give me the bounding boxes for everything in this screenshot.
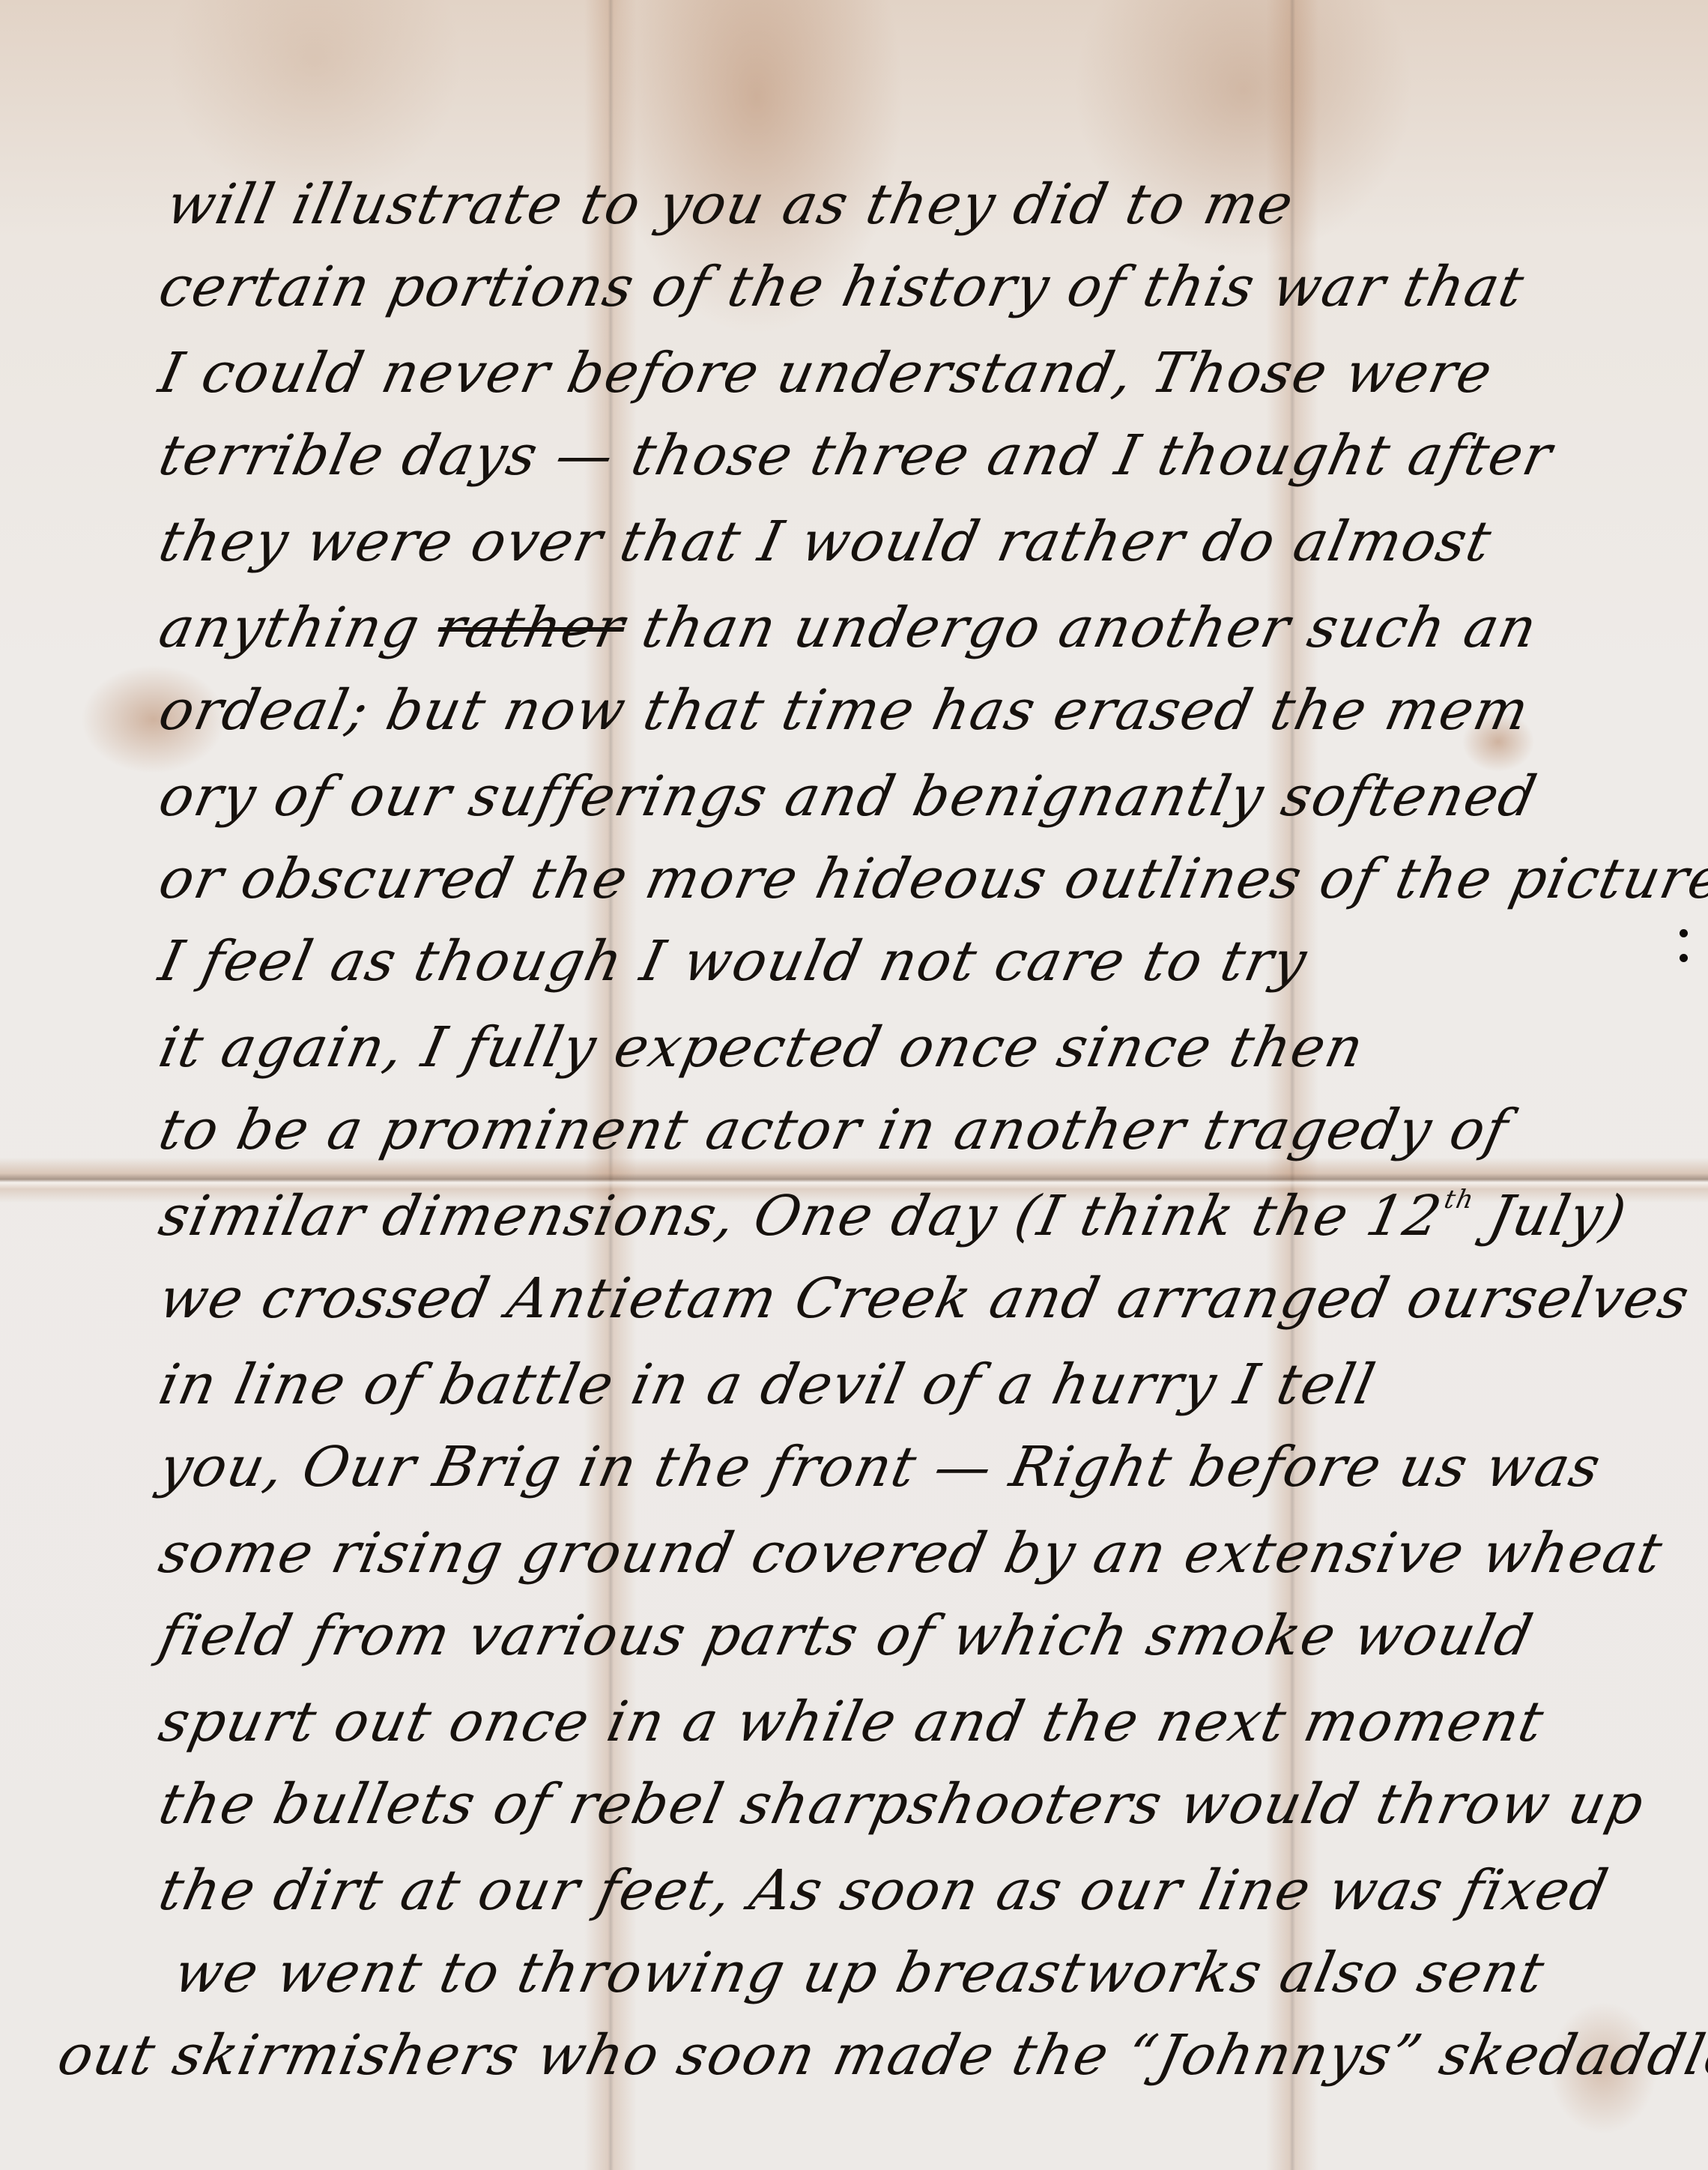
letter-line: some rising ground covered by an extensi…	[154, 1521, 1669, 1586]
letter-line: terrible days — those three and I though…	[154, 423, 1559, 488]
letter-line: ordeal; but now that time has erased the…	[154, 678, 1536, 743]
ink-dot	[1680, 954, 1688, 962]
letter-text: than undergo another such an	[617, 596, 1543, 660]
letter-line: in line of battle in a devil of a hurry …	[154, 1353, 1381, 1417]
letter-line: out skirmishers who soon made the “Johnn…	[52, 2023, 1708, 2088]
letter-line: they were over that I would rather do al…	[154, 510, 1498, 574]
letter-line: or obscured the more hideous outlines of…	[154, 847, 1708, 911]
letter-line: it again, I fully expected once since th…	[154, 1015, 1370, 1080]
margin-ink-dots	[1680, 929, 1689, 974]
handwritten-text-body: will illustrate to you as they did to me…	[0, 0, 1708, 2170]
letter-line: spurt out once in a while and the next m…	[154, 1690, 1550, 1754]
letter-line: will illustrate to you as they did to me	[161, 172, 1300, 237]
letter-text: similar dimensions, One day (I think the…	[154, 1184, 1448, 1248]
letter-text: anything	[154, 596, 445, 660]
letter-text: July)	[1464, 1184, 1632, 1248]
letter-line: the dirt at our feet, As soon as our lin…	[154, 1858, 1614, 1923]
letter-line: similar dimensions, One day (I think the…	[154, 1184, 1633, 1248]
letter-line: I could never before understand, Those w…	[154, 341, 1499, 405]
letter-line: we crossed Antietam Creek and arranged o…	[154, 1266, 1696, 1331]
letter-page: will illustrate to you as they did to me…	[0, 0, 1708, 2170]
letter-line: to be a prominent actor in another trage…	[154, 1098, 1515, 1162]
letter-line: ory of our sufferings and benignantly so…	[154, 764, 1543, 829]
letter-line: the bullets of rebel sharpshooters would…	[154, 1772, 1650, 1837]
ink-dot	[1680, 929, 1688, 937]
letter-line: I feel as though I would not care to try	[154, 929, 1313, 994]
letter-line: field from various parts of which smoke …	[154, 1604, 1539, 1668]
struck-through-word: rather	[431, 596, 631, 660]
letter-line: we went to throwing up breastworks also …	[169, 1941, 1551, 2005]
letter-line: anything rather than undergo another suc…	[154, 596, 1544, 660]
letter-line: certain portions of the history of this …	[154, 255, 1530, 319]
letter-line: you, Our Brig in the front — Right befor…	[154, 1435, 1607, 1499]
